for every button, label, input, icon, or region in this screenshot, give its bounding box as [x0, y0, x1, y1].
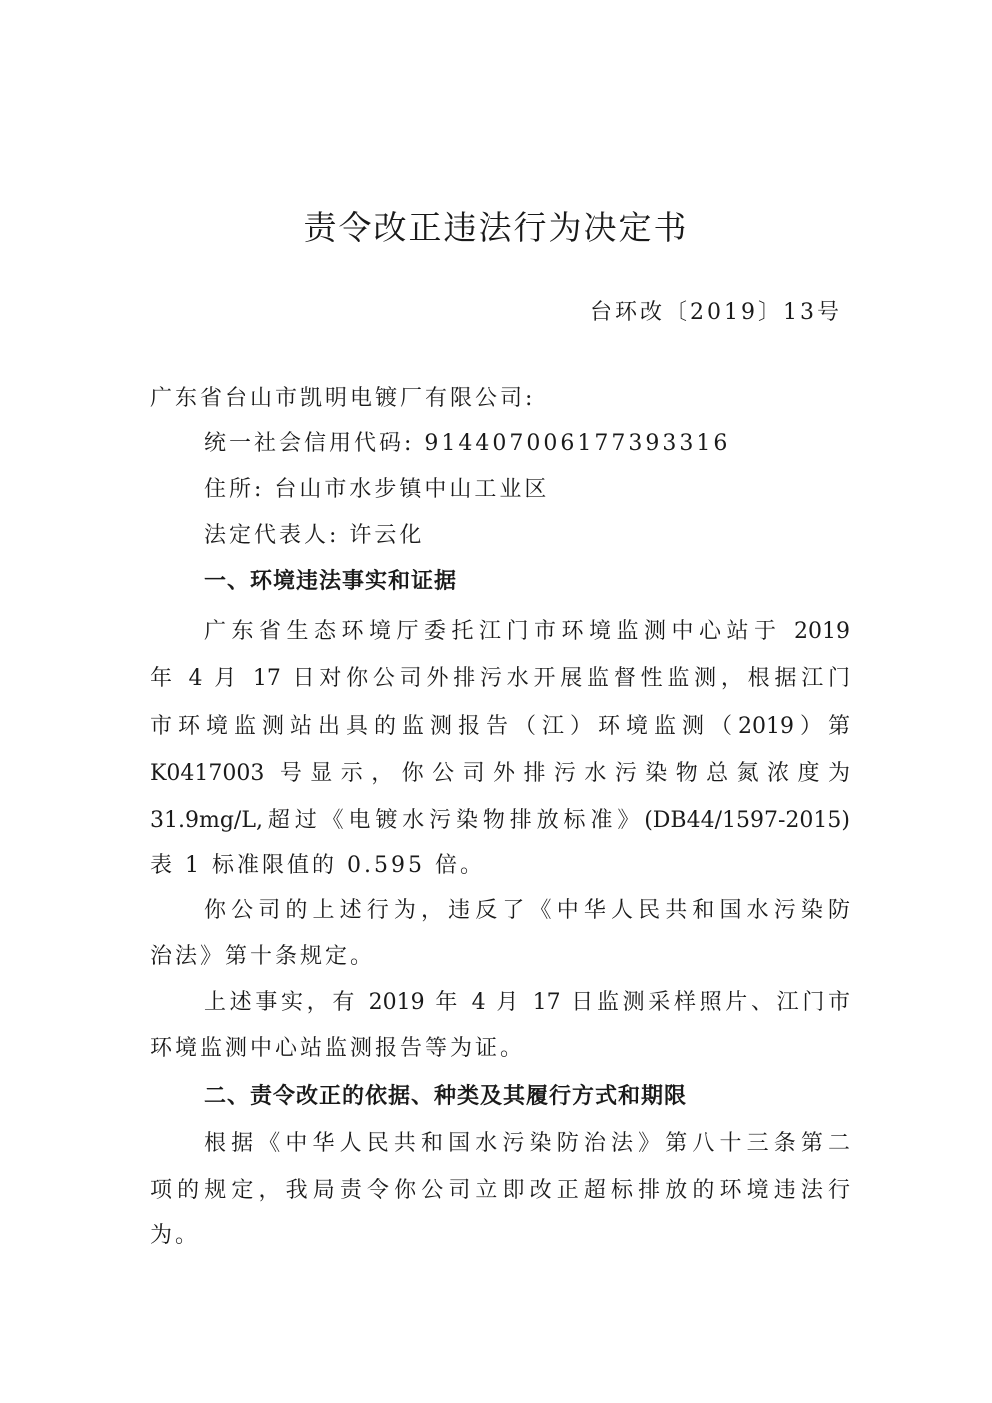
section-1-para-1-line-5: 31.9mg/L,超过《电镀水污染物排放标准》(DB44/1597-2015)	[150, 801, 850, 841]
section-2-para-1-line-3: 为。	[150, 1216, 850, 1256]
document-title: 责令改正违法行为决定书	[0, 204, 992, 252]
section-1-para-1-line-2: 年 4 月 17 日对你公司外排污水开展监督性监测，根据江门	[150, 659, 850, 699]
section-2-para-1-line-2: 项的规定，我局责令你公司立即改正超标排放的环境违法行	[150, 1171, 850, 1211]
address: 住所: 台山市水步镇中山工业区	[204, 470, 850, 510]
legal-representative: 法定代表人: 许云化	[204, 516, 850, 556]
section-2-para-1-line-1: 根据《中华人民共和国水污染防治法》第八十三条第二	[204, 1124, 850, 1164]
document-page: 责令改正违法行为决定书 台环改〔2019〕13号 广东省台山市凯明电镀厂有限公司…	[0, 0, 992, 1403]
section-1-para-1-line-3: 市环境监测站出具的监测报告（江）环境监测（2019）第	[150, 707, 850, 747]
section-1-para-2-line-1: 你公司的上述行为，违反了《中华人民共和国水污染防	[204, 891, 850, 931]
section-1-para-1-line-4: K0417003 号显示，你公司外排污水污染物总氮浓度为	[150, 754, 850, 794]
credit-code: 统一社会信用代码: 914407006177393316	[204, 424, 850, 464]
section-1-para-2-line-2: 治法》第十条规定。	[150, 937, 850, 977]
section-1-para-1-line-1: 广东省生态环境厅委托江门市环境监测中心站于 2019	[204, 612, 850, 652]
document-number: 台环改〔2019〕13号	[590, 293, 842, 333]
section-2-heading: 二、责令改正的依据、种类及其履行方式和期限	[204, 1077, 850, 1117]
section-1-para-3-line-1: 上述事实，有 2019 年 4 月 17 日监测采样照片、江门市	[204, 983, 850, 1023]
addressee: 广东省台山市凯明电镀厂有限公司:	[150, 379, 850, 419]
section-1-para-1-line-6: 表 1 标准限值的 0.595 倍。	[150, 846, 850, 886]
section-1-heading: 一、环境违法事实和证据	[204, 562, 850, 602]
section-1-para-3-line-2: 环境监测中心站监测报告等为证。	[150, 1029, 850, 1069]
